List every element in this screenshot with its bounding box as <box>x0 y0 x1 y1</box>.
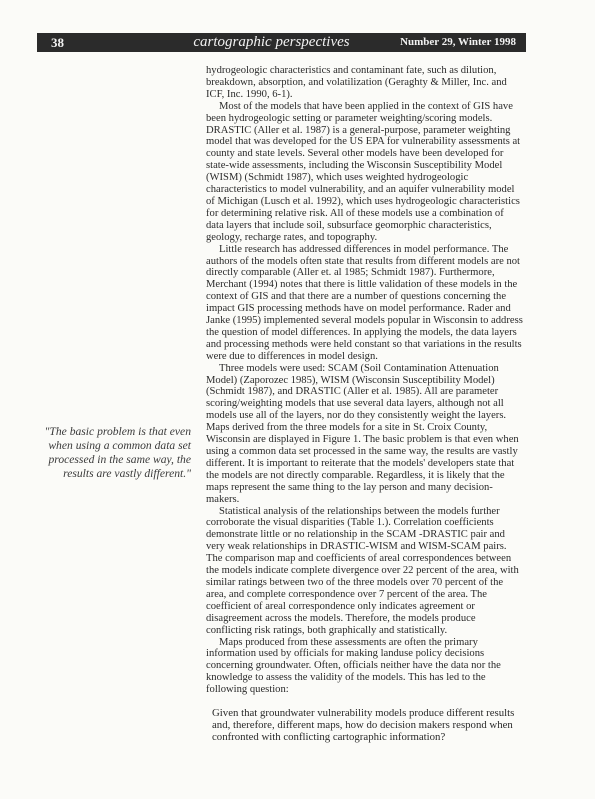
paragraph: Maps produced from these assessments are… <box>206 637 524 697</box>
paragraph: hydrogeologic characteristics and contam… <box>206 65 524 101</box>
paragraph: Statistical analysis of the relationship… <box>206 506 524 637</box>
issue-label: Number 29, Winter 1998 <box>400 36 516 48</box>
paragraph: Little research has addressed difference… <box>206 244 524 363</box>
pull-quote: "The basic problem is that even when usi… <box>38 425 191 481</box>
paragraph: Most of the models that have been applie… <box>206 101 524 244</box>
research-question: Given that groundwater vulnerability mod… <box>212 707 524 743</box>
running-header: 38 cartographic perspectives Number 29, … <box>37 33 526 52</box>
body-text-column: hydrogeologic characteristics and contam… <box>206 65 524 743</box>
paragraph: Three models were used: SCAM (Soil Conta… <box>206 363 524 506</box>
